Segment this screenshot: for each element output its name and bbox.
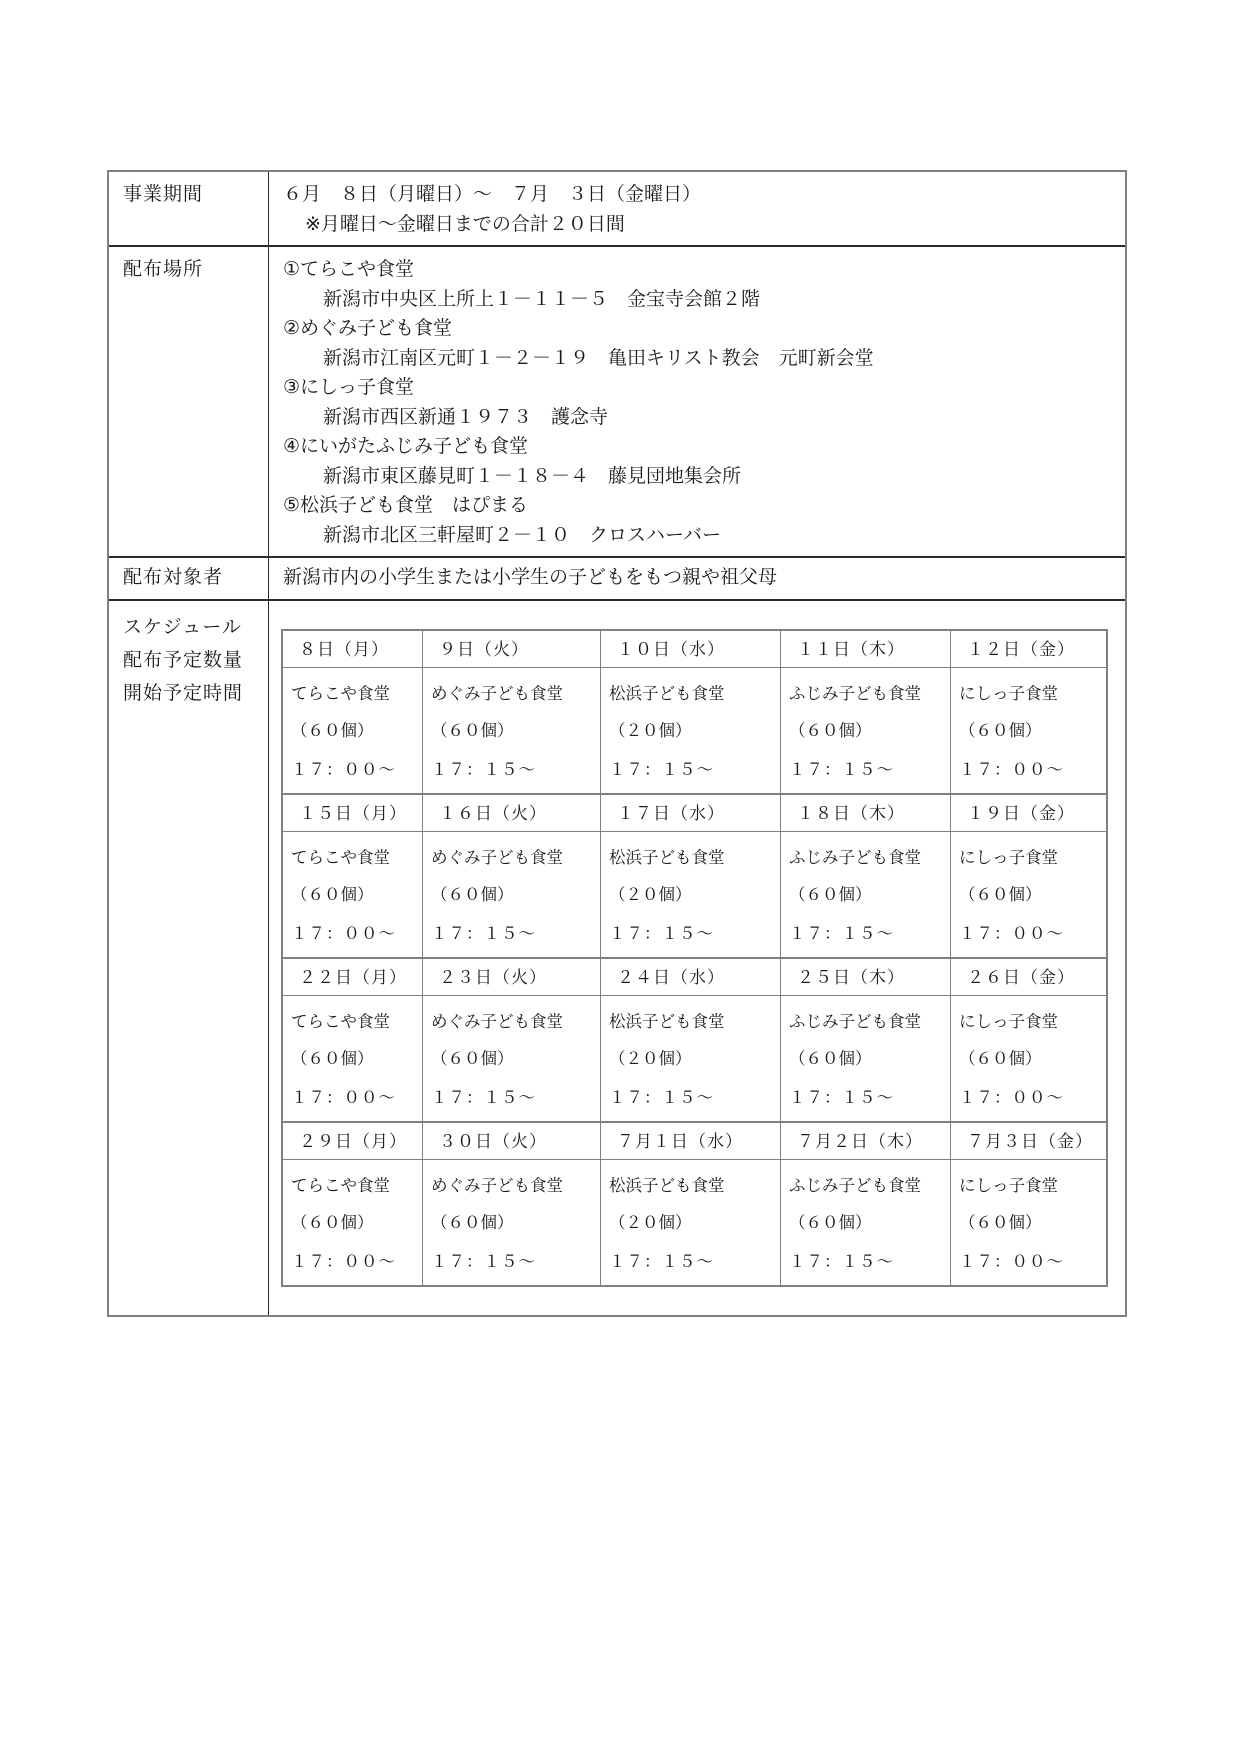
target-recipients-label: 配布対象者 [123,567,223,588]
venue-name: にしっ子食堂 [959,1004,1104,1040]
venue-name: 松浜子ども食堂 [609,676,776,712]
venue-start-time: １７：１５～ [431,914,596,954]
target-recipients-text: 新潟市内の小学生または小学生の子どもをもつ親や祖父母 [283,563,1115,593]
venue-start-time: １７：１５～ [789,750,946,790]
date-cell: ７月２日（木） [781,1123,951,1160]
location-1-address: 新潟市中央区上所上１－１１－５ 金宝寺会館２階 [283,285,1115,315]
venue-start-time: １７：００～ [291,1078,418,1118]
venue-cell: てらこや食堂 （６０個） １７：００～ [283,832,423,957]
venue-name: めぐみ子ども食堂 [431,1004,596,1040]
venue-start-time: １７：００～ [959,914,1104,954]
venue-name: てらこや食堂 [291,1168,418,1204]
document-page: 事業期間 ６月 ８日（月曜日）～ ７月 ３日（金曜日） ※月曜日～金曜日までの合… [0,0,1241,1754]
venue-name: 松浜子ども食堂 [609,840,776,876]
schedule-week-1: ８日（月） ９日（火） １０日（水） １１日（木） １２日（金） てらこや食堂 … [283,631,1106,793]
venue-name: 松浜子ども食堂 [609,1004,776,1040]
date-cell: １０日（水） [601,631,781,668]
date-cell: ９日（火） [423,631,601,668]
row-target-recipients: 配布対象者 新潟市内の小学生または小学生の子どもをもつ親や祖父母 [109,556,1125,599]
week-3-date-row: ２２日（月） ２３日（火） ２４日（水） ２５日（木） ２６日（金） [283,959,1106,996]
venue-quantity: （２０個） [609,1040,776,1078]
venue-start-time: １７：００～ [291,1242,418,1282]
venue-start-time: １７：１５～ [431,1078,596,1118]
venue-cell: にしっ子食堂 （６０個） １７：００～ [951,668,1108,793]
date-cell: ２２日（月） [283,959,423,996]
period-dates-text: ６月 ８日（月曜日）～ ７月 ３日（金曜日） [283,180,1115,210]
target-recipients-content: 新潟市内の小学生または小学生の子どもをもつ親や祖父母 [269,558,1125,599]
venue-quantity: （６０個） [959,712,1104,750]
venue-name: にしっ子食堂 [959,1168,1104,1204]
venue-cell: めぐみ子ども食堂 （６０個） １７：１５～ [423,996,601,1121]
date-cell: ２４日（水） [601,959,781,996]
venue-quantity: （６０個） [431,1040,596,1078]
location-5-name: ⑤松浜子ども食堂 はぴまる [283,491,1115,521]
venue-cell: 松浜子ども食堂 （２０個） １７：１５～ [601,668,781,793]
location-2-address: 新潟市江南区元町１－２－１９ 亀田キリスト教会 元町新会堂 [283,344,1115,374]
schedule-week-4: ２９日（月） ３０日（火） ７月１日（水） ７月２日（木） ７月３日（金） てら… [283,1121,1106,1285]
venue-cell: ふじみ子ども食堂 （６０個） １７：１５～ [781,668,951,793]
venue-quantity: （６０個） [789,1204,946,1242]
venue-quantity: （６０個） [431,876,596,914]
venue-quantity: （６０個） [789,1040,946,1078]
venue-start-time: １７：００～ [959,750,1104,790]
week-2-date-row: １５日（月） １６日（火） １７日（水） １８日（木） １９日（金） [283,795,1106,832]
venue-start-time: １７：１５～ [431,750,596,790]
venue-name: 松浜子ども食堂 [609,1168,776,1204]
schedule-week-3: ２２日（月） ２３日（火） ２４日（水） ２５日（木） ２６日（金） てらこや食… [283,957,1106,1121]
venue-quantity: （２０個） [609,876,776,914]
week-1-date-row: ８日（月） ９日（火） １０日（水） １１日（木） １２日（金） [283,631,1106,668]
period-note-text: ※月曜日～金曜日までの合計２０日間 [283,210,1115,240]
schedule-table: ８日（月） ９日（火） １０日（水） １１日（木） １２日（金） てらこや食堂 … [281,629,1108,1287]
venue-cell: ふじみ子ども食堂 （６０個） １７：１５～ [781,996,951,1121]
date-cell: ８日（月） [283,631,423,668]
business-period-content: ６月 ８日（月曜日）～ ７月 ３日（金曜日） ※月曜日～金曜日までの合計２０日間 [269,172,1125,245]
schedule-label-line-2: 配布予定数量 [123,644,262,677]
date-cell: ７月１日（水） [601,1123,781,1160]
venue-start-time: １７：１５～ [789,914,946,954]
date-cell: １７日（水） [601,795,781,832]
venue-start-time: １７：００～ [291,914,418,954]
venue-cell: にしっ子食堂 （６０個） １７：００～ [951,996,1108,1121]
date-cell: ７月３日（金） [951,1123,1108,1160]
schedule-week-2: １５日（月） １６日（火） １７日（水） １８日（木） １９日（金） てらこや食… [283,793,1106,957]
venue-quantity: （６０個） [959,876,1104,914]
venue-quantity: （６０個） [789,876,946,914]
venue-quantity: （６０個） [431,1204,596,1242]
venue-name: てらこや食堂 [291,676,418,712]
location-3-address: 新潟市西区新通１９７３ 護念寺 [283,403,1115,433]
venue-cell: 松浜子ども食堂 （２０個） １７：１５～ [601,832,781,957]
location-1-name: ①てらこや食堂 [283,255,1115,285]
venue-cell: てらこや食堂 （６０個） １７：００～ [283,1160,423,1285]
week-4-date-row: ２９日（月） ３０日（火） ７月１日（水） ７月２日（木） ７月３日（金） [283,1123,1106,1160]
venue-cell: ふじみ子ども食堂 （６０個） １７：１５～ [781,832,951,957]
date-cell: １９日（金） [951,795,1108,832]
distribution-locations-label: 配布場所 [123,259,203,280]
venue-quantity: （６０個） [291,1040,418,1078]
venue-cell: てらこや食堂 （６０個） １７：００～ [283,996,423,1121]
venue-start-time: １７：１５～ [609,914,776,954]
week-1-venue-row: てらこや食堂 （６０個） １７：００～ めぐみ子ども食堂 （６０個） １７：１５… [283,668,1106,793]
info-table: 事業期間 ６月 ８日（月曜日）～ ７月 ３日（金曜日） ※月曜日～金曜日までの合… [107,170,1127,1317]
row-schedule: スケジュール 配布予定数量 開始予定時間 ８日（月） ９日（火） １０日（水） … [109,599,1125,1315]
venue-start-time: １７：１５～ [609,1078,776,1118]
date-cell: ２３日（火） [423,959,601,996]
venue-quantity: （６０個） [959,1040,1104,1078]
venue-quantity: （６０個） [291,1204,418,1242]
venue-start-time: １７：１５～ [609,750,776,790]
venue-quantity: （２０個） [609,1204,776,1242]
venue-cell: にしっ子食堂 （６０個） １７：００～ [951,1160,1108,1285]
venue-quantity: （６０個） [291,712,418,750]
venue-name: てらこや食堂 [291,840,418,876]
venue-cell: 松浜子ども食堂 （２０個） １７：１５～ [601,1160,781,1285]
venue-start-time: １７：００～ [291,750,418,790]
venue-name: めぐみ子ども食堂 [431,1168,596,1204]
date-cell: １８日（木） [781,795,951,832]
venue-name: てらこや食堂 [291,1004,418,1040]
venue-name: めぐみ子ども食堂 [431,840,596,876]
week-3-venue-row: てらこや食堂 （６０個） １７：００～ めぐみ子ども食堂 （６０個） １７：１５… [283,996,1106,1121]
date-cell: ２５日（木） [781,959,951,996]
venue-name: めぐみ子ども食堂 [431,676,596,712]
location-4-name: ④にいがたふじみ子ども食堂 [283,432,1115,462]
venue-name: ふじみ子ども食堂 [789,1004,946,1040]
schedule-content: ８日（月） ９日（火） １０日（水） １１日（木） １２日（金） てらこや食堂 … [269,601,1125,1315]
date-cell: １２日（金） [951,631,1108,668]
date-cell: ３０日（火） [423,1123,601,1160]
venue-quantity: （６０個） [959,1204,1104,1242]
row-business-period: 事業期間 ６月 ８日（月曜日）～ ７月 ３日（金曜日） ※月曜日～金曜日までの合… [109,172,1125,245]
venue-quantity: （６０個） [789,712,946,750]
venue-quantity: （６０個） [431,712,596,750]
venue-quantity: （２０個） [609,712,776,750]
location-2-name: ②めぐみ子ども食堂 [283,314,1115,344]
venue-cell: ふじみ子ども食堂 （６０個） １７：１５～ [781,1160,951,1285]
location-4-address: 新潟市東区藤見町１－１８－４ 藤見団地集会所 [283,462,1115,492]
venue-cell: めぐみ子ども食堂 （６０個） １７：１５～ [423,1160,601,1285]
venue-name: にしっ子食堂 [959,840,1104,876]
venue-quantity: （６０個） [291,876,418,914]
venue-start-time: １７：１５～ [609,1242,776,1282]
venue-cell: めぐみ子ども食堂 （６０個） １７：１５～ [423,832,601,957]
date-cell: １６日（火） [423,795,601,832]
venue-name: ふじみ子ども食堂 [789,676,946,712]
row-label-distribution-locations: 配布場所 [109,247,269,556]
schedule-label-line-3: 開始予定時間 [123,677,262,710]
week-4-venue-row: てらこや食堂 （６０個） １７：００～ めぐみ子ども食堂 （６０個） １７：１５… [283,1160,1106,1285]
venue-cell: にしっ子食堂 （６０個） １７：００～ [951,832,1108,957]
venue-start-time: １７：００～ [959,1242,1104,1282]
venue-cell: めぐみ子ども食堂 （６０個） １７：１５～ [423,668,601,793]
week-2-venue-row: てらこや食堂 （６０個） １７：００～ めぐみ子ども食堂 （６０個） １７：１５… [283,832,1106,957]
venue-name: にしっ子食堂 [959,676,1104,712]
row-label-business-period: 事業期間 [109,172,269,245]
venue-start-time: １７：１５～ [789,1078,946,1118]
location-5-address: 新潟市北区三軒屋町２－１０ クロスハーバー [283,521,1115,551]
venue-cell: 松浜子ども食堂 （２０個） １７：１５～ [601,996,781,1121]
date-cell: １１日（木） [781,631,951,668]
row-distribution-locations: 配布場所 ①てらこや食堂 新潟市中央区上所上１－１１－５ 金宝寺会館２階 ②めぐ… [109,245,1125,556]
venue-name: ふじみ子ども食堂 [789,1168,946,1204]
venue-start-time: １７：１５～ [431,1242,596,1282]
row-label-schedule: スケジュール 配布予定数量 開始予定時間 [109,601,269,1315]
schedule-label-line-1: スケジュール [123,611,262,644]
venue-cell: てらこや食堂 （６０個） １７：００～ [283,668,423,793]
date-cell: ２９日（月） [283,1123,423,1160]
business-period-label: 事業期間 [123,184,203,205]
date-cell: ２６日（金） [951,959,1108,996]
location-3-name: ③にしっ子食堂 [283,373,1115,403]
distribution-locations-content: ①てらこや食堂 新潟市中央区上所上１－１１－５ 金宝寺会館２階 ②めぐみ子ども食… [269,247,1125,556]
venue-start-time: １７：００～ [959,1078,1104,1118]
venue-start-time: １７：１５～ [789,1242,946,1282]
date-cell: １５日（月） [283,795,423,832]
venue-name: ふじみ子ども食堂 [789,840,946,876]
row-label-target-recipients: 配布対象者 [109,558,269,599]
